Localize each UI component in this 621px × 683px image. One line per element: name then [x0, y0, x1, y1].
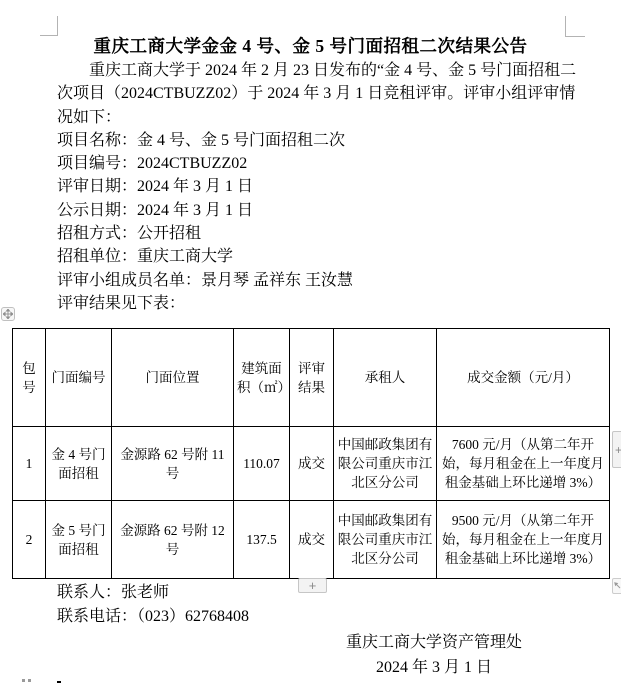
insert-column-button[interactable]: +: [612, 431, 621, 468]
header-deal-amount: 成交金额（元/月）: [437, 329, 610, 427]
table-row: 2 金 5 号门面招租 金源路 62 号附 12 号 137.5 成交 中国邮政…: [13, 501, 610, 579]
detail-project-code: 项目编号：2024CTBUZZ02: [57, 152, 587, 175]
cell-shop-number: 金 4 号门面招租: [46, 427, 112, 501]
header-package-no: 包号: [13, 329, 46, 427]
intro-paragraph: 重庆工商大学于 2024 年 2 月 23 日发布的“金 4 号、金 5 号门面…: [57, 59, 587, 129]
cell-building-area: 110.07: [234, 427, 290, 501]
signature-date: 2024 年 3 月 1 日: [343, 655, 525, 680]
plus-icon: +: [309, 578, 317, 593]
results-table: 包号 门面编号 门面位置 建筑面积（㎡） 评审结果 承租人 成交金额（元/月） …: [12, 328, 610, 579]
document-body: 重庆工商大学于 2024 年 2 月 23 日发布的“金 4 号、金 5 号门面…: [57, 59, 587, 315]
contact-phone: 联系电话：（023）62768408: [57, 605, 249, 629]
cell-building-area: 137.5: [234, 501, 290, 579]
cell-deal-amount: 7600 元/月（从第二年开始，每月租金在上一年度月租金基础上环比递增 3%）: [437, 427, 610, 501]
cell-package-no: 1: [13, 427, 46, 501]
cell-deal-amount: 9500 元/月（从第二年开始，每月租金在上一年度月租金基础上环比递增 3%）: [437, 501, 610, 579]
cell-shop-location: 金源路 62 号附 11 号: [112, 427, 234, 501]
table-resize-handle[interactable]: [612, 578, 621, 594]
cell-lessee: 中国邮政集团有限公司重庆市江北区分公司: [334, 427, 437, 501]
header-shop-number: 门面编号: [46, 329, 112, 427]
cell-shop-location: 金源路 62 号附 12 号: [112, 501, 234, 579]
detail-publicity-date: 公示日期：2024 年 3 月 1 日: [57, 199, 587, 222]
cell-review-result: 成交: [290, 427, 334, 501]
header-review-result: 评审结果: [290, 329, 334, 427]
signature-org: 重庆工商大学资产管理处: [343, 630, 525, 655]
page-edge-artifact: [22, 679, 25, 682]
header-building-area: 建筑面积（㎡）: [234, 329, 290, 427]
detail-review-date: 评审日期：2024 年 3 月 1 日: [57, 175, 587, 198]
page-edge-artifact: [28, 679, 31, 682]
detail-result-note: 评审结果见下表：: [57, 292, 587, 315]
detail-rental-method: 招租方式：公开招租: [57, 222, 587, 245]
table-header-row: 包号 门面编号 门面位置 建筑面积（㎡） 评审结果 承租人 成交金额（元/月）: [13, 329, 610, 427]
document-title: 重庆工商大学金金 4 号、金 5 号门面招租二次结果公告: [0, 33, 621, 58]
header-shop-location: 门面位置: [112, 329, 234, 427]
cell-shop-number: 金 5 号门面招租: [46, 501, 112, 579]
cell-package-no: 2: [13, 501, 46, 579]
signature-block: 重庆工商大学资产管理处 2024 年 3 月 1 日: [343, 630, 525, 680]
document-page: 重庆工商大学金金 4 号、金 5 号门面招租二次结果公告 重庆工商大学于 202…: [0, 0, 621, 683]
table-move-handle[interactable]: [1, 307, 15, 321]
cell-review-result: 成交: [290, 501, 334, 579]
move-arrows-icon: [3, 309, 13, 319]
cell-lessee: 中国邮政集团有限公司重庆市江北区分公司: [334, 501, 437, 579]
plus-icon: +: [615, 443, 621, 457]
contact-person: 联系人：张老师: [57, 581, 249, 605]
insert-row-button[interactable]: +: [298, 578, 327, 593]
detail-panel-members: 评审小组成员名单：景月琴 孟祥东 王汝慧: [57, 269, 587, 292]
resize-diagonal-icon: [614, 582, 621, 590]
detail-rental-unit: 招租单位：重庆工商大学: [57, 245, 587, 268]
header-lessee: 承租人: [334, 329, 437, 427]
detail-project-name: 项目名称：金 4 号、金 5 号门面招租二次: [57, 129, 587, 152]
contact-block: 联系人：张老师 联系电话：（023）62768408: [57, 581, 249, 628]
table-row: 1 金 4 号门面招租 金源路 62 号附 11 号 110.07 成交 中国邮…: [13, 427, 610, 501]
